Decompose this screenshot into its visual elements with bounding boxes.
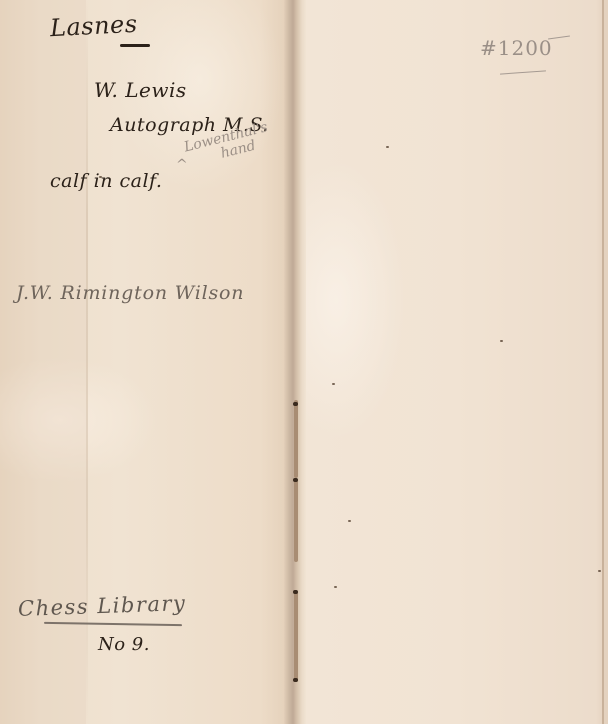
right-endpaper <box>306 0 608 724</box>
right-page-edge-outer <box>604 0 608 724</box>
pencil-price: #1200 <box>480 36 553 60</box>
paper-speck <box>348 520 351 522</box>
library-number: No 9. <box>98 634 150 655</box>
provenance-signature: J.W. Rimington Wilson <box>16 282 244 304</box>
stitch-hole <box>293 402 298 406</box>
pencil-caret-mark: ^ <box>176 157 188 173</box>
paper-speck <box>500 340 503 342</box>
scanned-spread: Lasnes W. Lewis Autograph M.S. calf in c… <box>0 0 608 724</box>
stitch-hole <box>293 678 298 682</box>
binding-thread <box>294 400 298 478</box>
binding-thread <box>294 480 298 562</box>
handwritten-binding-note: calf in calf. <box>50 170 162 192</box>
paper-speck <box>386 146 389 148</box>
paper-speck <box>598 570 601 572</box>
paper-speck <box>334 586 337 588</box>
paper-speck <box>332 383 335 385</box>
handwritten-title: Lasnes <box>49 10 138 43</box>
binding-thread <box>294 592 298 682</box>
handwritten-author: W. Lewis <box>94 78 187 102</box>
title-dash-stroke <box>120 44 150 47</box>
stitch-hole <box>293 478 298 482</box>
stitch-hole <box>293 590 298 594</box>
